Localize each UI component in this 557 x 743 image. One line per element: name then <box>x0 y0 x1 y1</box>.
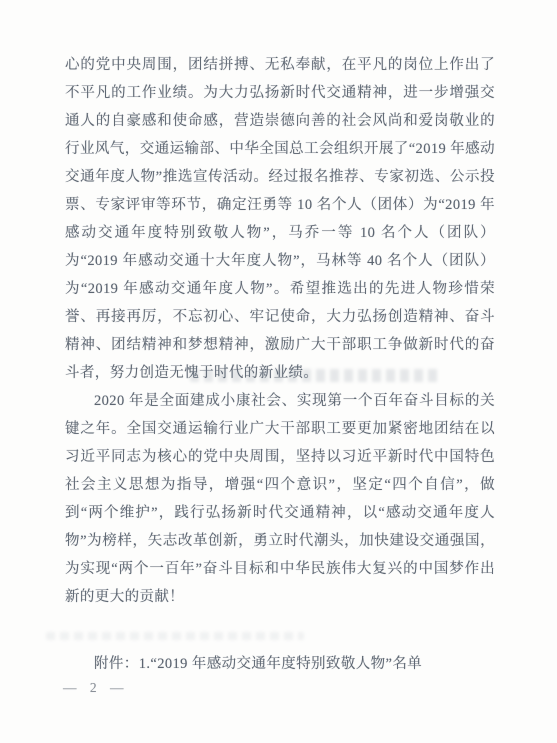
paragraph-2020-outlook: 2020 年是全面建成小康社会、实现第一个百年奋斗目标的关键之年。全国交通运输行… <box>65 387 495 611</box>
scanned-document-page: 心的党中央周围，团结拼搏、无私奉献，在平凡的岗位上作出了不平凡的工作业绩。为大力… <box>0 0 557 743</box>
document-body: 心的党中央周围，团结拼搏、无私奉献，在平凡的岗位上作出了不平凡的工作业绩。为大力… <box>65 51 495 611</box>
paragraph-continuation: 心的党中央周围，团结拼搏、无私奉献，在平凡的岗位上作出了不平凡的工作业绩。为大力… <box>65 51 495 387</box>
bleedthrough-ghost <box>46 632 304 640</box>
page-number: — 2 — <box>63 680 129 696</box>
attachment-line: 附件：1.“2019 年感动交通年度特别致敬人物”名单 <box>65 650 510 678</box>
